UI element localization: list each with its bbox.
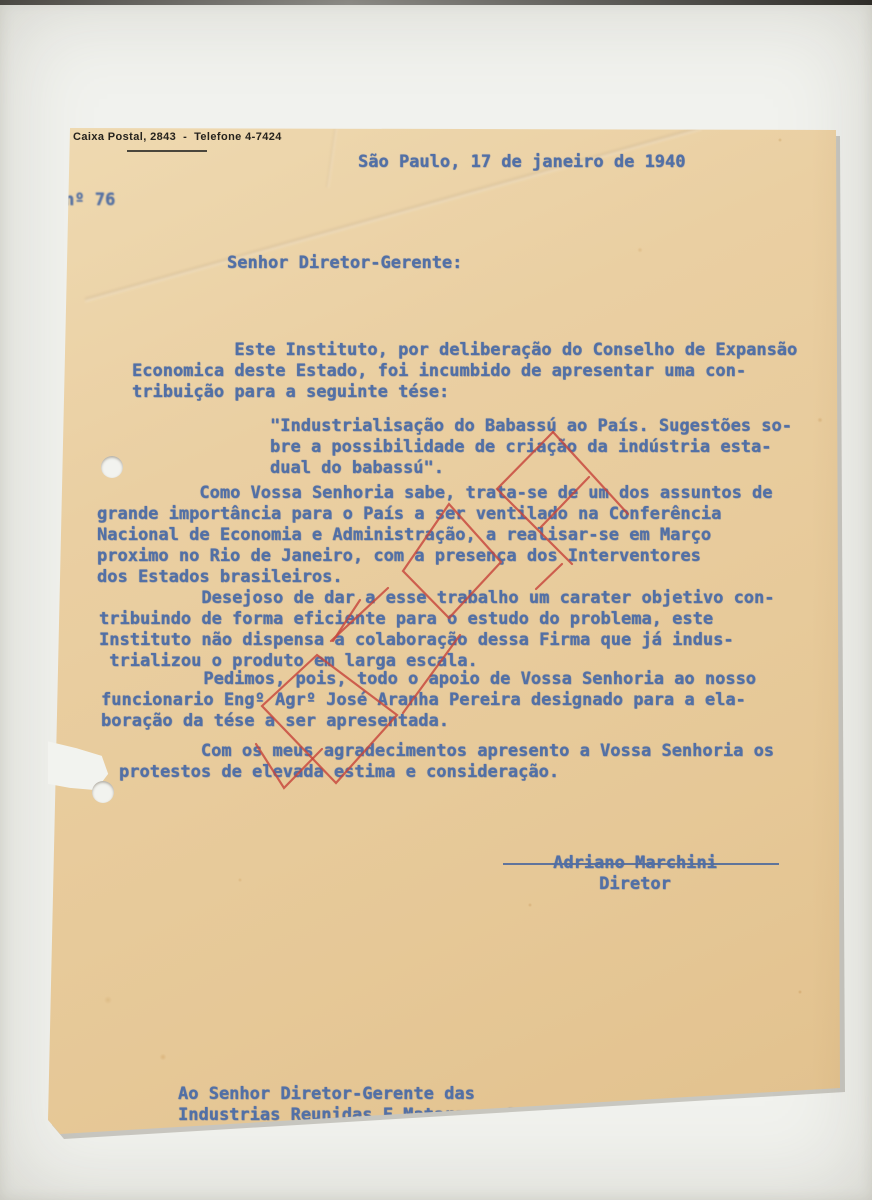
salutation: Senhor Diretor-Gerente: bbox=[227, 253, 462, 274]
letter-quote-thesis: "Industrialisação do Babassú ao País. Su… bbox=[270, 416, 872, 479]
letter-paragraph-5: Com os meus agradecimentos apresento a V… bbox=[119, 741, 831, 783]
signature-block: Adriano Marchini Diretor bbox=[505, 853, 765, 895]
letter-paper: Caixa Postal, 2843 - Telefone 4-7424 nº … bbox=[0, 0, 872, 1200]
letter-paragraph-4: Pedimos, pois, todo o apoio de Vossa Sen… bbox=[101, 669, 813, 732]
letterhead-print: Caixa Postal, 2843 - Telefone 4-7424 bbox=[73, 131, 282, 143]
signature-title: Diretor bbox=[505, 874, 765, 895]
paper-crease-small bbox=[326, 128, 337, 188]
punch-hole-top bbox=[101, 456, 123, 478]
letter-paragraph-3: Desejoso de dar a esse trabalho um carat… bbox=[99, 588, 811, 672]
punch-hole-bottom bbox=[92, 781, 114, 803]
scanned-letter: Caixa Postal, 2843 - Telefone 4-7424 nº … bbox=[0, 0, 872, 1200]
letter-paragraph-2: Como Vossa Senhoria sabe, trata-se de um… bbox=[97, 483, 809, 588]
letterhead-underline bbox=[127, 150, 207, 152]
scanner-edge-shadow bbox=[0, 0, 872, 5]
letter-paragraph-1: Este Instituto, por deliberação do Conse… bbox=[132, 340, 844, 403]
signature-name: Adriano Marchini bbox=[505, 853, 765, 874]
date-line: São Paulo, 17 de janeiro de 1940 bbox=[358, 152, 686, 173]
reference-number: nº 76 bbox=[64, 190, 115, 211]
